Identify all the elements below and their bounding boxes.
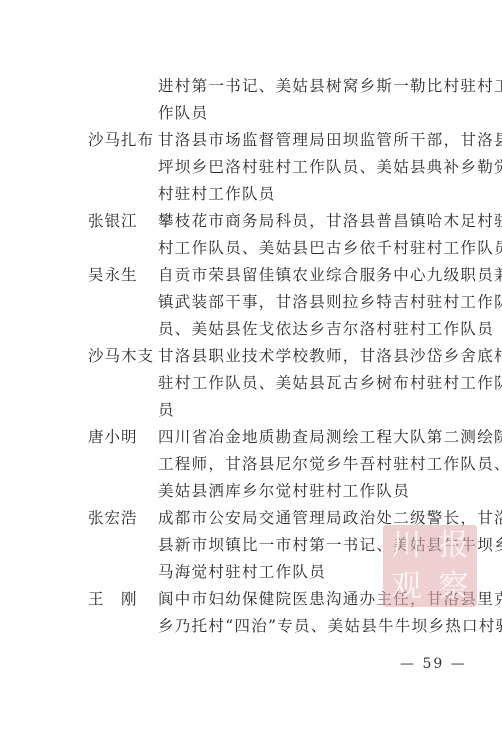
person-name: 吴永生 [88,262,158,343]
list-item: 张银江 攀枝花市商务局科员，甘洛县普昌镇哈木足村驻 村工作队员、美姑县巴古乡依千… [88,208,458,262]
duty-text: 美姑县洒库乡尔觉村驻村工作队员 [158,478,502,505]
duty-text: 自贡市荣县留佳镇农业综合服务中心九级职员兼 [158,262,502,289]
duty-text: 甘洛县市场监督管理局田坝监管所干部，甘洛县 [158,127,502,154]
duty-text: 四川省冶金地质勘查局测绘工程大队第二测绘院 [158,424,502,451]
watermark-seal-icon: 川 报 观 察 [383,525,477,607]
duty-text: 作队员 [158,100,502,127]
list-item: 沙马扎布 甘洛县市场监督管理局田坝监管所干部，甘洛县 坪坝乡巴洛村驻村工作队员、… [88,127,458,208]
list-item: 进村第一书记、美姑县树窝乡斯一勒比村驻村工 作队员 [88,73,458,127]
person-name: 张宏浩 [88,505,158,586]
person-name [88,73,158,127]
watermark-char: 川 [392,531,422,561]
duty-text: 进村第一书记、美姑县树窝乡斯一勒比村驻村工 [158,73,502,100]
duty-text: 员、美姑县佐戈依达乡吉尔洛村驻村工作队员 [158,316,502,343]
list-item: 吴永生 自贡市荣县留佳镇农业综合服务中心九级职员兼 镇武装部干事，甘洛县则拉乡特… [88,262,458,343]
person-name: 张银江 [88,208,158,262]
list-item: 唐小明 四川省冶金地质勘查局测绘工程大队第二测绘院 工程师，甘洛县尼尔觉乡牛吾村… [88,424,458,505]
person-name: 王 刚 [88,586,158,640]
duty-text: 驻村工作队员、美姑县瓦古乡树布村驻村工作队 [158,370,502,397]
duty-text: 攀枝花市商务局科员，甘洛县普昌镇哈木足村驻 [158,208,502,235]
duty-text: 村工作队员、美姑县巴古乡依千村驻村工作队员 [158,235,502,262]
person-name: 沙马木支 [88,343,158,424]
person-name: 沙马扎布 [88,127,158,208]
duty-text: 镇武装部干事，甘洛县则拉乡特吉村驻村工作队 [158,289,502,316]
watermark-char: 报 [439,531,469,561]
document-page: 进村第一书记、美姑县树窝乡斯一勒比村驻村工 作队员 沙马扎布 甘洛县市场监督管理… [0,0,502,730]
watermark-char: 察 [439,572,469,602]
duty-text: 坪坝乡巴洛村驻村工作队员、美姑县典补乡勒觉 [158,154,502,181]
page-number: — 59 — [400,656,467,672]
duty-text: 乡乃托村“四治”专员、美姑县牛牛坝乡热口村驻 [158,613,502,640]
duty-text: 员 [158,397,502,424]
duty-text: 工程师，甘洛县尼尔觉乡牛吾村驻村工作队员、 [158,451,502,478]
person-name: 唐小明 [88,424,158,505]
duty-text: 村驻村工作队员 [158,181,502,208]
duty-text: 甘洛县职业技术学校教师，甘洛县沙岱乡舍底村 [158,343,502,370]
watermark-char: 观 [392,572,422,602]
list-item: 沙马木支 甘洛县职业技术学校教师，甘洛县沙岱乡舍底村 驻村工作队员、美姑县瓦古乡… [88,343,458,424]
